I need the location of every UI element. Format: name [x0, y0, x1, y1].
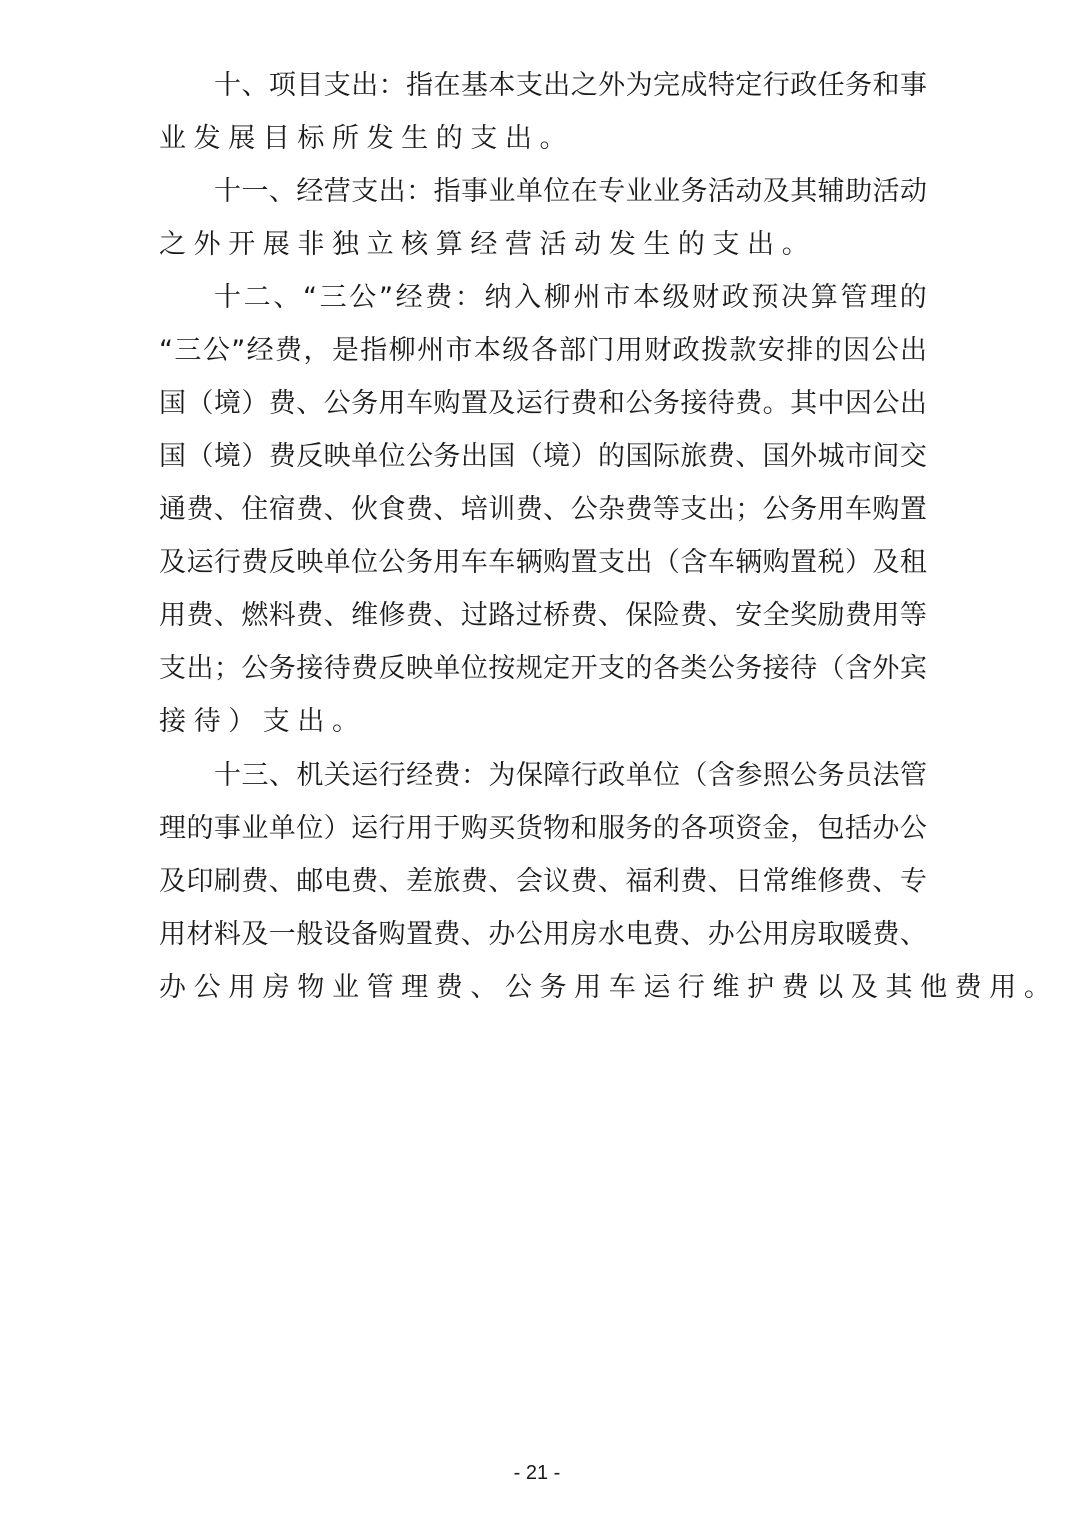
- document-page: 十、项目支出：指在基本支出之外为完成特定行政任务和事业发展目标所发生的支出。十一…: [0, 0, 1074, 1520]
- paragraph-line: 之外开展非独立核算经营活动发生的支出。: [159, 225, 927, 265]
- paragraph-line: 十三、机关运行经费：为保障行政单位（含参照公务员法管: [214, 756, 927, 796]
- paragraph-line: 国（境）费、公务用车购置及运行费和公务接待费。其中因公出: [159, 384, 927, 424]
- paragraph-line: 十二、“三公”经费：纳入柳州市本级财政预决算管理的: [214, 278, 927, 318]
- paragraph-line: 办公用房物业管理费、公务用车运行维护费以及其他费用。: [159, 968, 927, 1008]
- paragraph-line: 十一、经营支出：指事业单位在专业业务活动及其辅助活动: [214, 172, 927, 212]
- page-number: - 21 -: [0, 1462, 1074, 1485]
- paragraph-line: “三公”经费，是指柳州市本级各部门用财政拨款安排的因公出: [159, 331, 927, 371]
- paragraph-line: 及运行费反映单位公务用车车辆购置支出（含车辆购置税）及租: [159, 543, 927, 583]
- paragraph-line: 理的事业单位）运行用于购买货物和服务的各项资金，包括办公: [159, 809, 927, 849]
- paragraph-line: 用费、燃料费、维修费、过路过桥费、保险费、安全奖励费用等: [159, 596, 927, 636]
- paragraph-line: 及印刷费、邮电费、差旅费、会议费、福利费、日常维修费、专: [159, 862, 927, 902]
- paragraph-line: 接待）支出。: [159, 702, 927, 742]
- paragraph-line: 业发展目标所发生的支出。: [159, 119, 927, 159]
- paragraph-line: 国（境）费反映单位公务出国（境）的国际旅费、国外城市间交: [159, 437, 927, 477]
- paragraph-line: 通费、住宿费、伙食费、培训费、公杂费等支出；公务用车购置: [159, 490, 927, 530]
- paragraph-line: 十、项目支出：指在基本支出之外为完成特定行政任务和事: [214, 66, 927, 106]
- paragraph-line: 支出；公务接待费反映单位按规定开支的各类公务接待（含外宾: [159, 649, 927, 689]
- paragraph-line: 用材料及一般设备购置费、办公用房水电费、办公用房取暖费、: [159, 915, 927, 955]
